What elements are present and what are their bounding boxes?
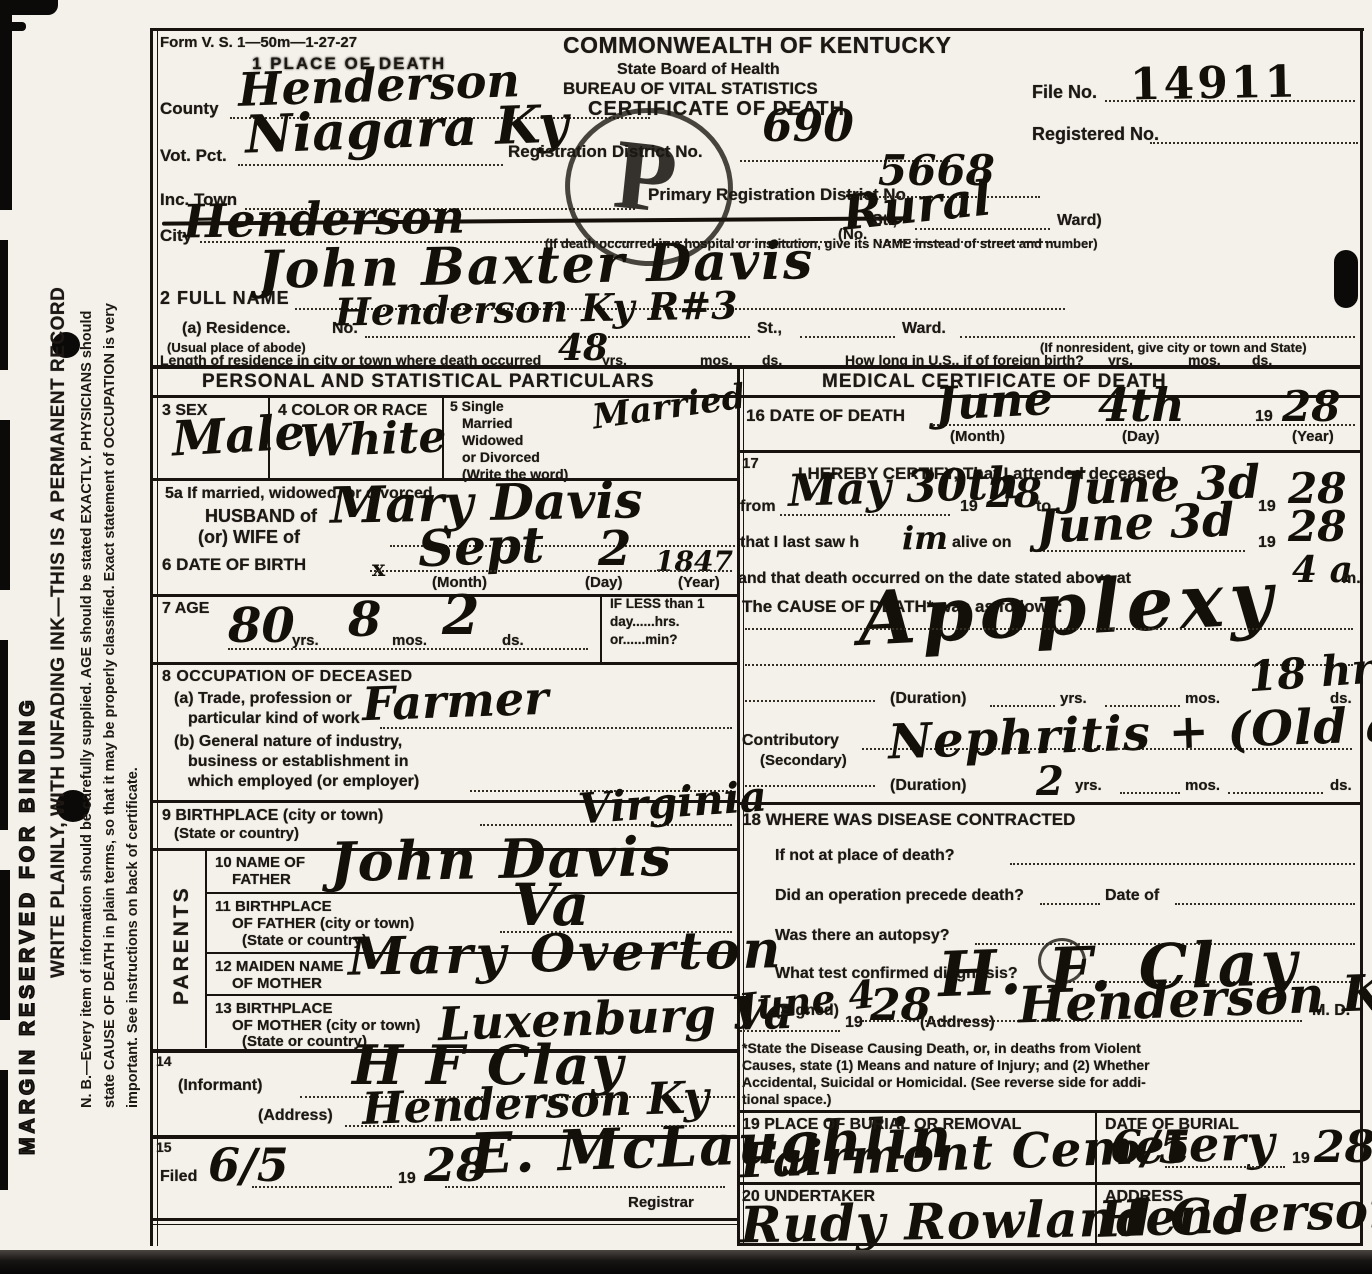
to-19-prefix: 19	[1258, 498, 1276, 516]
age-days-value: 2	[442, 588, 480, 642]
date-of-death-month-value: June	[934, 375, 1054, 427]
dob-label: 6 DATE OF BIRTH	[162, 555, 306, 575]
father-birthplace-label-1: 11 BIRTHPLACE	[215, 898, 332, 915]
filed-date-value: 6/5	[208, 1142, 289, 1188]
date-of-death-day-value: 4th	[1098, 382, 1185, 428]
residence-label: (a) Residence.	[182, 320, 290, 338]
saw-19-prefix: 19	[1258, 534, 1276, 552]
registered-no-line	[1150, 142, 1358, 144]
item-17-number: 17	[742, 455, 759, 472]
dob-month-value: Sept	[417, 520, 545, 574]
if-less-label-1: IF LESS than 1	[610, 596, 705, 611]
residence-value: Henderson Ky R#3	[335, 286, 738, 331]
row-line	[737, 450, 1363, 453]
duration1-value: 18 hr	[1247, 648, 1372, 699]
form-border-top	[150, 28, 1364, 31]
date-of-death-label: 16 DATE OF DEATH	[746, 406, 905, 426]
disease-contracted-label: 18 WHERE WAS DISEASE CONTRACTED	[742, 810, 1075, 830]
duration2-mos-line	[1120, 792, 1180, 794]
if-less-label-3: or......min?	[610, 632, 678, 647]
margin-nb-line3: important. See instructions on back of c…	[122, 303, 145, 1108]
burial-19-prefix: 19	[1292, 1150, 1310, 1168]
margin-nb-line2: state CAUSE OF DEATH in plain terms, so …	[99, 303, 122, 1108]
filed-19-prefix: 19	[398, 1170, 416, 1188]
marital-option-single: 5 Single	[450, 398, 504, 414]
registrar-label: Registrar	[628, 1194, 694, 1211]
death-certificate-scan: MARGIN RESERVED FOR BINDING WRITE PLAINL…	[0, 0, 1372, 1274]
duration2-yrs-cap: yrs.	[1075, 777, 1102, 794]
last-saw-pre-label: that I last saw h	[740, 534, 859, 552]
filed-line	[252, 1186, 392, 1188]
marital-option-divorced: or Divorced	[462, 449, 540, 465]
margin-nb-note: N. B.—Every item of information should b…	[76, 303, 146, 1108]
county-label: County	[160, 99, 219, 119]
scan-bottom-bar	[0, 1250, 1372, 1274]
file-no-value: 14911	[1130, 61, 1299, 108]
mother-birthplace-label-1: 13 BIRTHPLACE	[215, 1000, 333, 1017]
registration-district-value: 690	[762, 105, 854, 149]
date-of-death-19-prefix: 19	[1255, 408, 1273, 426]
residence-st-line	[800, 336, 895, 338]
mother-name-value: Mary Overton	[348, 924, 784, 984]
cause-line-1	[745, 628, 1353, 630]
footnote-line1: *State the Disease Causing Death, or, in…	[742, 1040, 1141, 1056]
footnote-line3: Accidental, Suicidal or Homicidal. (See …	[742, 1074, 1146, 1090]
dob-x-mark: x	[372, 558, 385, 580]
item-15-number: 15	[156, 1139, 172, 1155]
from-year-value: 28	[986, 474, 1042, 514]
registered-no-label: Registered No.	[1032, 124, 1159, 145]
last-saw-post-label: alive on	[952, 534, 1012, 552]
age-yrs-cap: yrs.	[292, 632, 319, 649]
occupation-a1: (a) Trade, profession or	[174, 690, 352, 708]
residence-st-label: St.,	[757, 320, 782, 338]
operation-question: Did an operation precede death?	[775, 887, 1024, 905]
last-saw-him-hw: im	[902, 522, 948, 554]
mother-name-label-1: 12 MAIDEN NAME	[215, 958, 343, 975]
dod-month-cap: (Month)	[950, 428, 1005, 445]
left-bottom-line	[150, 1218, 737, 1221]
binding-edge-strip	[0, 870, 10, 1020]
operation-date-label: Date of	[1105, 887, 1159, 905]
attended-from-label: from	[740, 498, 776, 516]
duration1-label: (Duration)	[890, 690, 966, 708]
informant-label: (Informant)	[178, 1077, 262, 1095]
birthplace-label: 9 BIRTHPLACE (city or town)	[162, 807, 383, 825]
ink-blot	[1334, 250, 1358, 308]
residence-ward-label: Ward.	[902, 320, 946, 338]
dod-year-cap: (Year)	[1292, 428, 1334, 445]
duration2-label: (Duration)	[890, 777, 966, 795]
not-at-place-line	[1010, 863, 1355, 865]
dob-day-value: 2	[598, 525, 631, 573]
binding-edge-strip	[0, 0, 12, 210]
if-less-label-2: day......hrs.	[610, 614, 680, 629]
st-line	[915, 228, 1050, 230]
form-border-left	[150, 28, 153, 1246]
file-no-label: File No.	[1032, 82, 1097, 103]
margin-nb-line1: N. B.—Every item of information should b…	[76, 303, 99, 1108]
age-label: 7 AGE	[162, 600, 209, 618]
sex-value: Male	[171, 409, 306, 464]
binding-edge-strip	[0, 1070, 8, 1190]
marital-option-widowed: Widowed	[462, 432, 523, 448]
occupation-value: Farmer	[361, 675, 549, 727]
duration2-lead-line	[745, 785, 875, 787]
physician-address-value: Henderson Ky R3	[1017, 964, 1372, 1031]
duration2-ds-line	[1228, 792, 1323, 794]
death-time-m-label: m.	[1342, 570, 1361, 588]
row-line	[150, 662, 737, 665]
color-race-value: White	[299, 415, 447, 464]
dob-year-cap: (Year)	[678, 574, 720, 591]
signed-19-prefix: 19	[845, 1014, 863, 1032]
row-line	[737, 802, 1363, 805]
item-14-number: 14	[156, 1053, 172, 1069]
margin-write-plainly-text: WRITE PLAINLY, WITH UNFADING INK—THIS IS…	[48, 287, 70, 978]
footnote-line4: tional space.)	[742, 1091, 831, 1107]
vot-pct-label: Vot. Pct.	[160, 146, 227, 166]
autopsy-question: Was there an autopsy?	[775, 927, 950, 945]
form-number: Form V. S. 1—50m—1-27-27	[160, 34, 357, 51]
contributory-label: Contributory	[742, 732, 839, 750]
father-name-value: John Davis	[330, 829, 674, 889]
duration1-lead-line	[745, 700, 875, 702]
age-ds-cap: ds.	[502, 632, 524, 649]
duration2-mos-cap: mos.	[1185, 777, 1220, 794]
binding-edge-strip	[0, 640, 8, 830]
corner-mark	[0, 0, 58, 15]
age-mos-cap: mos.	[392, 632, 427, 649]
secondary-label: (Secondary)	[760, 752, 847, 769]
st-label: St.,	[872, 212, 897, 230]
duration2-value: 2	[1036, 762, 1064, 802]
dod-day-cap: (Day)	[1122, 428, 1160, 445]
binding-edge-strip	[0, 240, 8, 370]
parents-row-line	[205, 892, 737, 894]
duration2-ds-cap: ds.	[1330, 777, 1352, 794]
undertaker-address-value: Henderson Ky	[1097, 1181, 1372, 1245]
wife-of-label: (or) WIFE of	[198, 527, 300, 548]
mother-name-label-2: OF MOTHER	[232, 975, 322, 992]
filed-label: Filed	[160, 1168, 197, 1186]
dob-day-cap: (Day)	[585, 574, 623, 591]
occupation-a2: particular kind of work	[188, 710, 360, 728]
operation-line	[1040, 903, 1100, 905]
state-board-heading: State Board of Health	[617, 61, 780, 79]
date-of-death-year-value: 28	[1282, 386, 1340, 428]
dob-line	[370, 570, 732, 572]
mother-birthplace-label-2: OF MOTHER (city or town)	[232, 1017, 420, 1034]
husband-of-label: HUSBAND of	[205, 506, 317, 527]
occupation-b2: business or establishment in	[188, 753, 409, 771]
burial-date-line	[1165, 1166, 1285, 1168]
binding-edge-strip	[0, 420, 10, 590]
registrar-line	[445, 1186, 725, 1188]
margin-binding-text: MARGIN RESERVED FOR BINDING	[16, 696, 40, 1155]
not-at-place-question: If not at place of death?	[775, 847, 955, 865]
right-bottom-line	[737, 1243, 1363, 1246]
signed-address-label: (Address)	[920, 1014, 995, 1032]
age-years-value: 80	[228, 602, 295, 650]
father-name-label-2: FATHER	[232, 871, 291, 888]
informant-address-label: (Address)	[258, 1107, 333, 1125]
signed-date-line	[740, 1030, 840, 1032]
p-stamp-letter: P	[609, 116, 682, 237]
marital-option-married: Married	[462, 415, 513, 431]
cause-of-death-value: Apoplexy	[856, 561, 1280, 657]
residence-ward-line	[960, 336, 1355, 338]
commonwealth-heading: COMMONWEALTH OF KENTUCKY	[563, 32, 951, 59]
occupation-b3: which employed (or employer)	[188, 773, 419, 791]
parents-cell-divider	[205, 848, 207, 1048]
father-name-label-1: 10 NAME OF	[215, 854, 305, 871]
bureau-heading: BUREAU OF VITAL STATISTICS	[563, 79, 818, 99]
left-bottom-line-inner	[150, 1224, 737, 1225]
ward-label: Ward)	[1057, 212, 1102, 230]
corner-mark	[0, 22, 26, 31]
row-line	[737, 1110, 1363, 1113]
occupation-b1: (b) General nature of industry,	[174, 733, 402, 751]
duration1-yrs-line	[990, 705, 1055, 707]
last-saw-date-value: June 3d	[1035, 497, 1235, 550]
burial-year-value: 28	[1314, 1126, 1372, 1170]
date-of-burial-value: 6/5	[1110, 1124, 1191, 1170]
from-19-prefix: 19	[960, 498, 978, 516]
saw-year-value: 28	[1288, 506, 1346, 548]
age-line	[228, 648, 588, 650]
section-divider-top	[150, 365, 1363, 369]
duration1-yrs-cap: yrs.	[1060, 690, 1087, 707]
form-border-right	[1360, 28, 1363, 1246]
age-months-value: 8	[348, 596, 381, 644]
personal-particulars-title: PERSONAL AND STATISTICAL PARTICULARS	[202, 371, 655, 393]
footnote-line2: Causes, state (1) Means and nature of In…	[742, 1057, 1150, 1073]
age-cell-divider	[600, 594, 602, 662]
birthplace-cap: (State or country)	[174, 825, 299, 842]
parents-vertical-label: PARENTS	[170, 885, 194, 1005]
mother-birthplace-cap: (State or country)	[242, 1033, 367, 1050]
operation-date-line	[1175, 903, 1355, 905]
length-residence-value: 48	[558, 330, 608, 366]
